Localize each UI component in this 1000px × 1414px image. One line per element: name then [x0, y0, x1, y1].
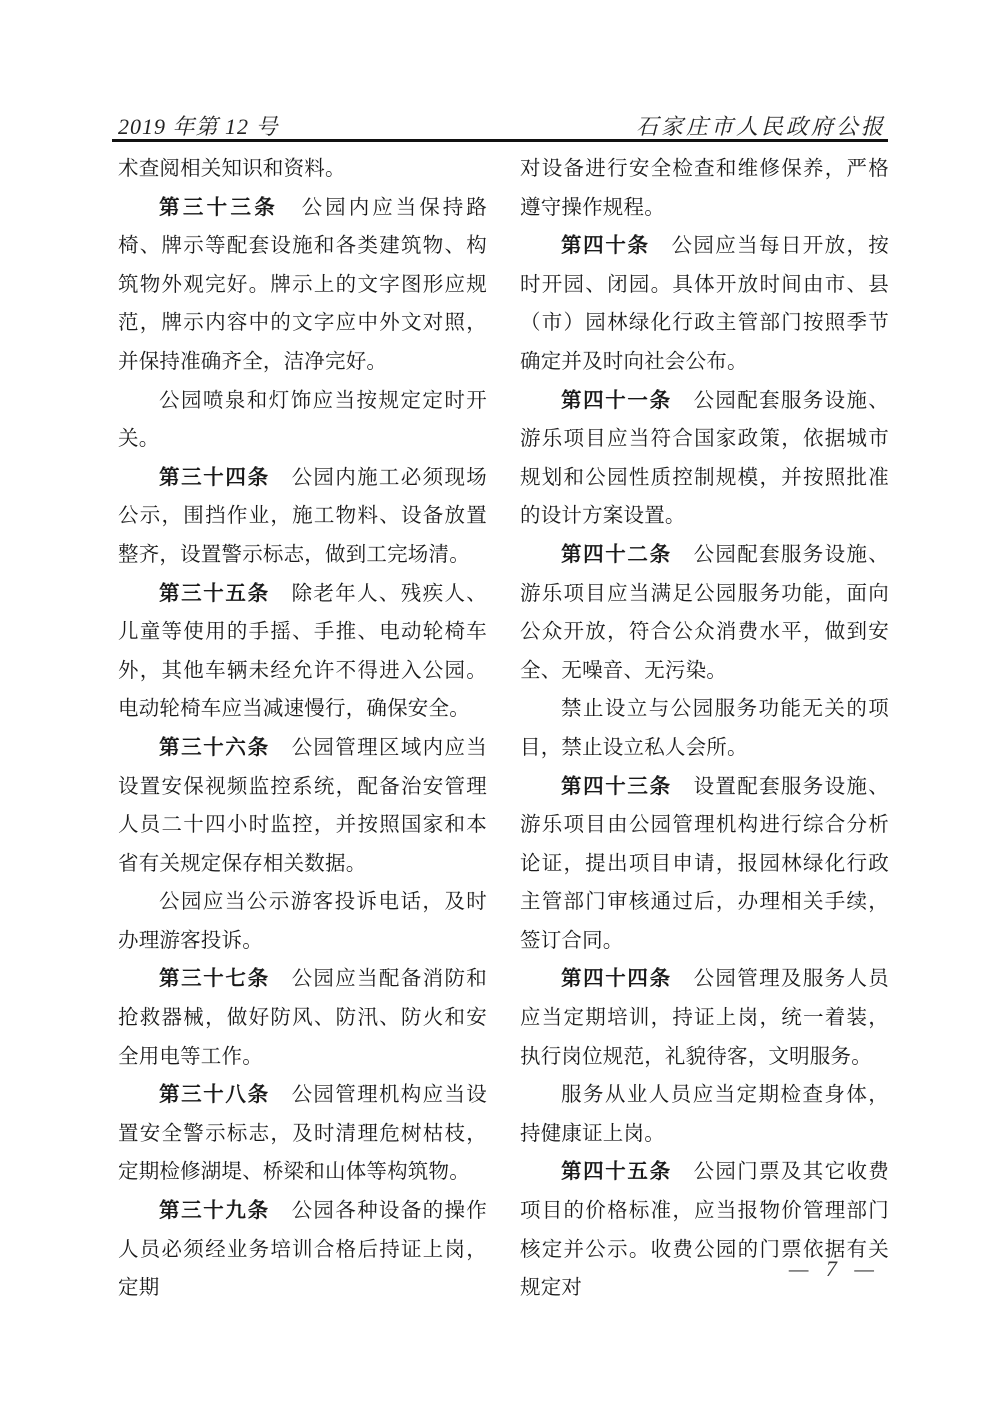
article-paragraph: 第三十六条 公园管理区域内应当设置安保视频监控系统，配备治安管理人员二十四小时监… [118, 729, 487, 883]
article-number: 第三十三条 [159, 196, 278, 219]
article-paragraph: 第三十八条 公园管理机构应当设置安全警示标志，及时清理危树枯枝，定期检修湖堤、桥… [118, 1076, 487, 1192]
article-paragraph: 第三十四条 公园内施工必须现场公示，围挡作业，施工物料、设备放置整齐，设置警示标… [118, 459, 487, 575]
header-issue-number: 2019 年第 12 号 [118, 110, 279, 141]
article-number: 第四十三条 [561, 775, 672, 798]
page-footer: — 7 — [118, 1256, 889, 1282]
article-number: 第三十八条 [159, 1083, 270, 1106]
body-paragraph: 术查阅相关知识和资料。 [118, 150, 487, 189]
column-right: 对设备进行安全检查和维修保养，严格遵守操作规程。第四十条 公园应当每日开放，按时… [520, 150, 889, 1308]
article-paragraph: 第四十二条 公园配套服务设施、游乐项目应当满足公园服务功能，面向公众开放，符合公… [520, 536, 889, 690]
document-body: 术查阅相关知识和资料。第三十三条 公园内应当保持路椅、牌示等配套设施和各类建筑物… [118, 150, 889, 1308]
article-paragraph: 第四十四条 公园管理及服务人员应当定期培训，持证上岗，统一着装，执行岗位规范，礼… [520, 960, 889, 1076]
body-paragraph: 服务从业人员应当定期检查身体，持健康证上岗。 [520, 1076, 889, 1153]
article-number: 第四十四条 [561, 967, 672, 990]
page-header: 2019 年第 12 号 石家庄市人民政府公报 [118, 110, 886, 141]
article-paragraph: 第四十条 公园应当每日开放，按时开园、闭园。具体开放时间由市、县（市）园林绿化行… [520, 227, 889, 381]
article-number: 第三十九条 [159, 1199, 270, 1222]
article-paragraph: 第三十五条 除老年人、残疾人、儿童等使用的手摇、手推、电动轮椅车外，其他车辆未经… [118, 575, 487, 729]
article-number: 第三十四条 [159, 466, 270, 489]
column-left: 术查阅相关知识和资料。第三十三条 公园内应当保持路椅、牌示等配套设施和各类建筑物… [118, 150, 487, 1308]
article-number: 第四十一条 [561, 389, 672, 412]
page-number: — 7 — [789, 1256, 875, 1281]
article-paragraph: 第四十五条 公园门票及其它收费项目的价格标准，应当报物价管理部门核定并公示。收费… [520, 1153, 889, 1307]
body-paragraph: 禁止设立与公园服务功能无关的项目，禁止设立私人会所。 [520, 690, 889, 767]
article-number: 第三十六条 [159, 736, 270, 759]
article-number: 第四十五条 [561, 1160, 672, 1183]
article-paragraph: 第四十三条 设置配套服务设施、游乐项目由公园管理机构进行综合分析论证，提出项目申… [520, 768, 889, 961]
article-number: 第三十五条 [159, 582, 270, 605]
body-paragraph: 对设备进行安全检查和维修保养，严格遵守操作规程。 [520, 150, 889, 227]
article-paragraph: 第三十九条 公园各种设备的操作人员必须经业务培训合格后持证上岗，定期 [118, 1192, 487, 1308]
body-paragraph: 公园应当公示游客投诉电话，及时办理游客投诉。 [118, 883, 487, 960]
article-number: 第三十七条 [159, 967, 270, 990]
article-paragraph: 第三十七条 公园应当配备消防和抢救器械，做好防风、防汛、防火和安全用电等工作。 [118, 960, 487, 1076]
header-rule [112, 139, 888, 142]
article-paragraph: 第三十三条 公园内应当保持路椅、牌示等配套设施和各类建筑物、构筑物外观完好。牌示… [118, 189, 487, 382]
document-page: 2019 年第 12 号 石家庄市人民政府公报 术查阅相关知识和资料。第三十三条… [0, 0, 1000, 1414]
article-number: 第四十条 [561, 234, 650, 257]
body-paragraph: 公园喷泉和灯饰应当按规定定时开关。 [118, 382, 487, 459]
header-journal-title: 石家庄市人民政府公报 [636, 110, 886, 141]
article-paragraph: 第四十一条 公园配套服务设施、游乐项目应当符合国家政策，依据城市规划和公园性质控… [520, 382, 889, 536]
article-number: 第四十二条 [561, 543, 672, 566]
